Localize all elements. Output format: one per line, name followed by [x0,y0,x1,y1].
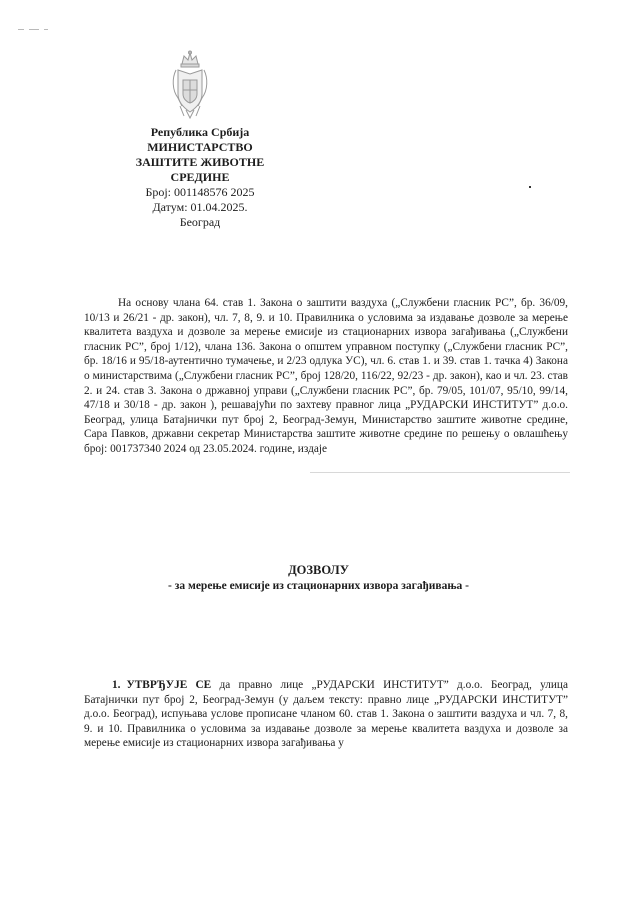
decision-subtitle: - за мерење емисије из стационарних изво… [0,579,637,593]
ministry-name-line1: МИНИСТАРСТВО [105,140,295,155]
document-header: Република Србија МИНИСТАРСТВО ЗАШТИТЕ ЖИ… [105,125,295,230]
scan-artifact [18,20,58,22]
item-lead: УТВРЂУЈЕ СЕ [126,679,211,691]
document-city: Београд [105,215,295,230]
republic-name: Република Србија [105,125,295,140]
preamble-paragraph: На основу члана 64. став 1. Закона о заш… [84,296,568,457]
scan-speck [529,186,531,188]
ministry-name-line2: ЗАШТИТЕ ЖИВОТНЕ СРЕДИНЕ [105,155,295,185]
document-number: Број: 001148576 2025 [105,185,295,200]
document-date: Датум: 01.04.2025. [105,200,295,215]
serbia-coat-of-arms-icon [168,50,212,120]
item-number: 1. [112,679,120,691]
numbered-item: 1.УТВРЂУЈЕ СЕ да правно лице „РУДАРСКИ И… [84,678,568,751]
decision-title: ДОЗВОЛУ [0,563,637,578]
scan-line-artifact [310,472,570,473]
